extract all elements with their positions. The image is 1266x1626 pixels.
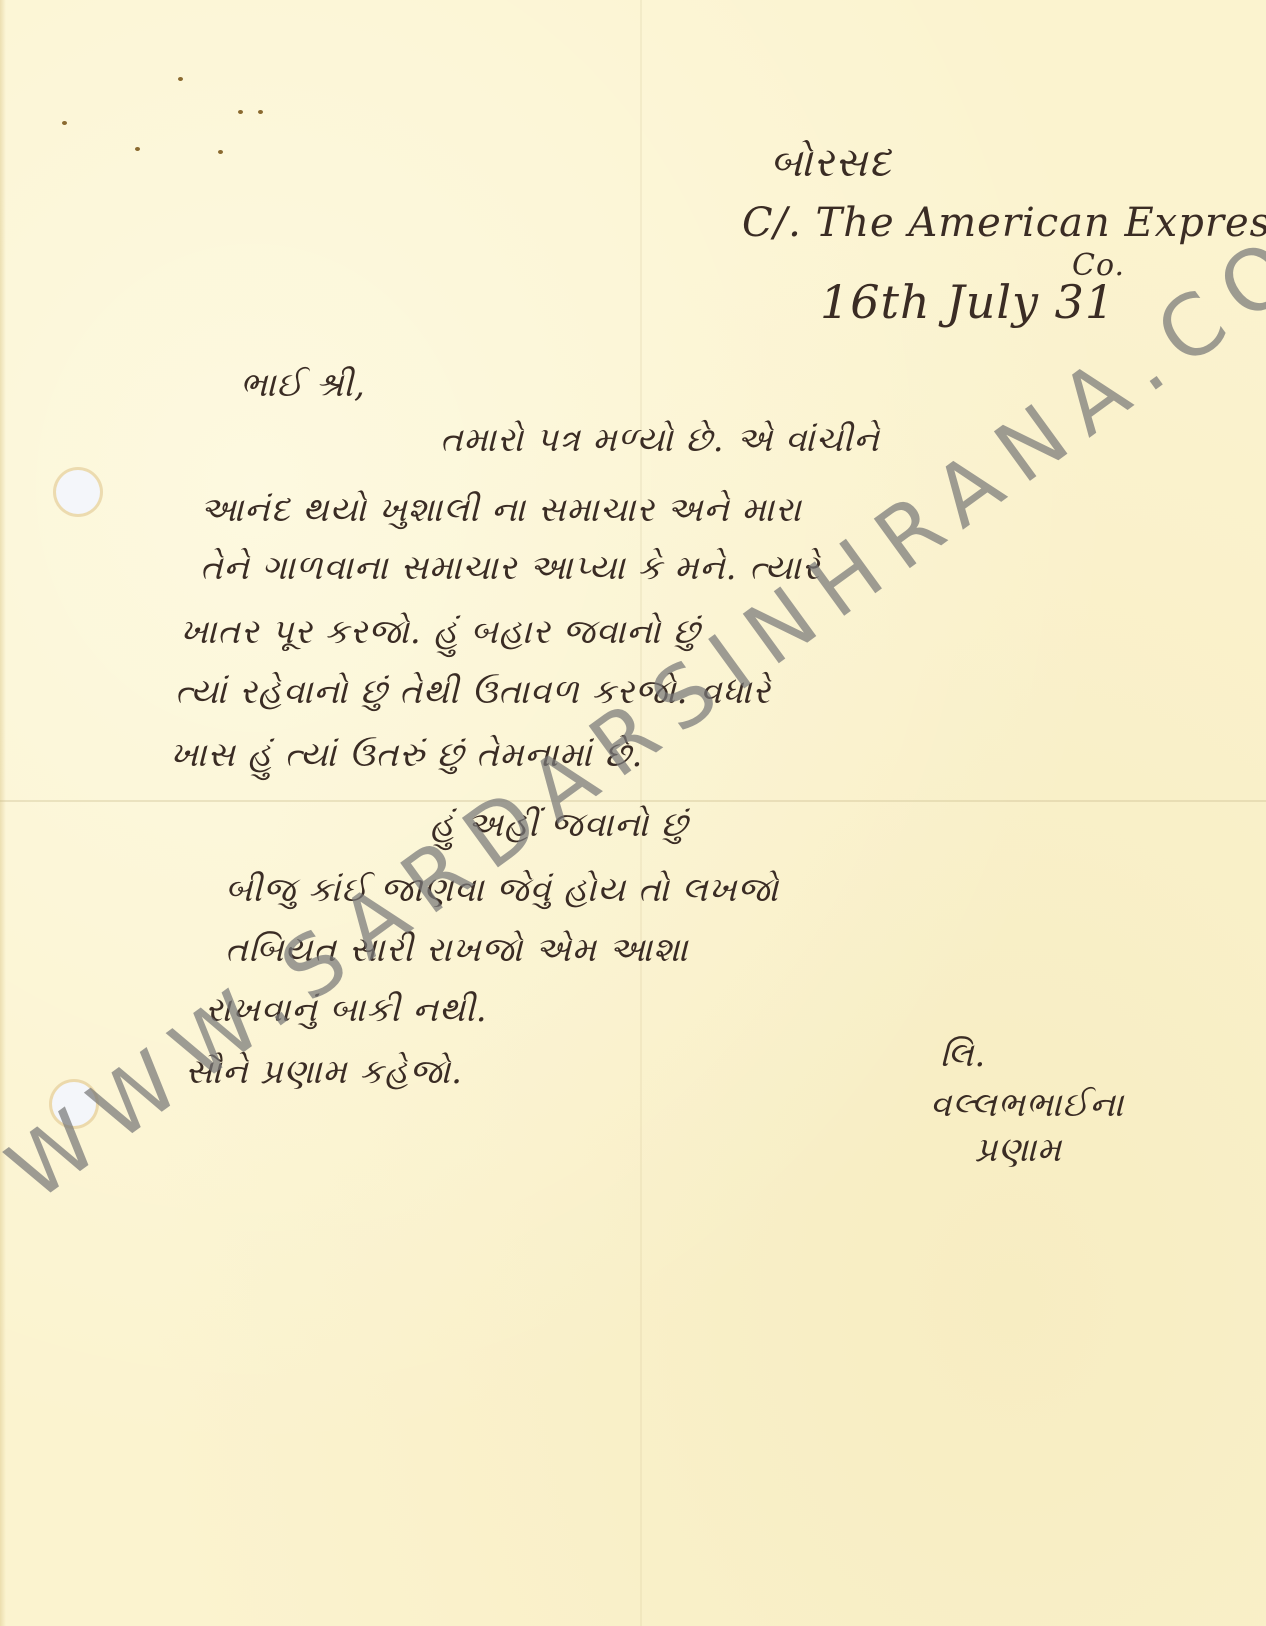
paper-speck bbox=[178, 77, 183, 81]
letter-page: બોરસદ C/. The American Express Co. 16th … bbox=[0, 0, 1266, 1626]
body-line: ખાતર પૂર કરજો. હું બહાર જવાનો છું bbox=[180, 612, 700, 652]
paper-speck bbox=[62, 121, 67, 125]
paper-speck bbox=[218, 150, 223, 154]
signature-name: વલ્લભભાઈના bbox=[930, 1085, 1124, 1125]
paper-speck bbox=[135, 147, 140, 151]
place-line: બોરસદ bbox=[770, 140, 892, 186]
body-line: આનંદ થયો ખુશાલી ના સમાચાર અને મારા bbox=[200, 490, 802, 530]
signature-closing: લિ. bbox=[940, 1035, 986, 1075]
address-line: C/. The American Express bbox=[742, 200, 1266, 246]
signature-suffix: પ્રણામ bbox=[975, 1130, 1062, 1170]
body-line: તમારો પત્ર મળ્યો છે. એ વાંચીને bbox=[440, 420, 880, 460]
fold-crease-horizontal bbox=[0, 800, 1266, 802]
salutation: ભાઈ શ્રી, bbox=[240, 365, 366, 405]
paper-edge bbox=[0, 0, 6, 1626]
paper-speck bbox=[258, 110, 263, 114]
date-line: 16th July 31 bbox=[820, 275, 1115, 329]
punch-hole-top bbox=[56, 470, 100, 514]
body-line: તેને ગાળવાના સમાચાર આપ્યા કે મને. ત્યારે bbox=[200, 548, 820, 588]
paper-speck bbox=[238, 110, 243, 114]
